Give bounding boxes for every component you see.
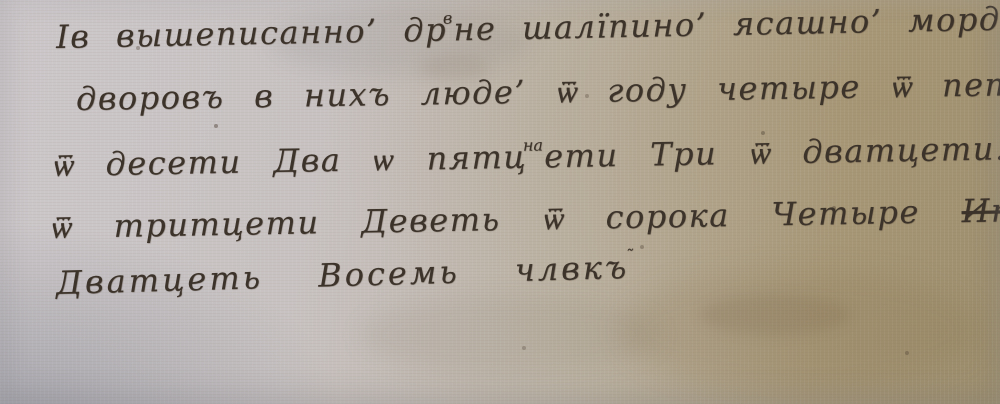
handwritten-text-segment: ѿ десети Два ѡ пятц <box>52 138 528 184</box>
superscript-letters: на <box>523 136 543 155</box>
manuscript-line-2: дворовъ в нихъ люде’ ѿ году четыре ѿ пет… <box>76 63 1000 118</box>
manuscript-line-5: Дватцеть Восемь члвкъ˜ <box>55 248 634 302</box>
handwritten-text-segment: не шалїпино’ ясашно’ мордвы <box>453 0 1000 48</box>
handwritten-text-segment: ѿ тритцети Деветь ѿ сорока Четыре <box>50 192 962 246</box>
paper-speckles <box>0 0 2 2</box>
handwritten-text-segment: Дватцеть Восемь <box>55 251 515 302</box>
manuscript-photo: Ів вышеписанно’ дрвне шалїпино’ ясашно’ … <box>0 0 1000 404</box>
manuscript-line-4: ѿ тритцети Деветь ѿ сорока Четыре Итого <box>50 190 1000 246</box>
superscript-letters: ˜ <box>625 246 634 265</box>
manuscript-line-1: Ів вышеписанно’ дрвне шалїпино’ ясашно’ … <box>56 0 1000 56</box>
handwritten-text-segment: Ів вышеписанно’ <box>56 11 404 56</box>
handwritten-text-segment: Итого <box>961 190 1000 230</box>
ink-showthrough-stain <box>620 270 980 390</box>
ink-showthrough-stain <box>700 295 850 335</box>
handwritten-text-segment: ети Три ѿ дватцети. Пять <box>544 127 1000 175</box>
superscript-letters: в <box>443 9 453 28</box>
handwritten-text-segment: члвкъ <box>514 248 629 289</box>
handwritten-text-segment: дворовъ в нихъ люде’ ѿ году четыре ѿ пет… <box>76 64 1000 118</box>
handwritten-text-segment: др <box>403 10 447 49</box>
manuscript-line-3: ѿ десети Два ѡ пятцнаети Три ѿ дватцети.… <box>52 127 1000 184</box>
ink-showthrough-stain <box>360 295 660 375</box>
